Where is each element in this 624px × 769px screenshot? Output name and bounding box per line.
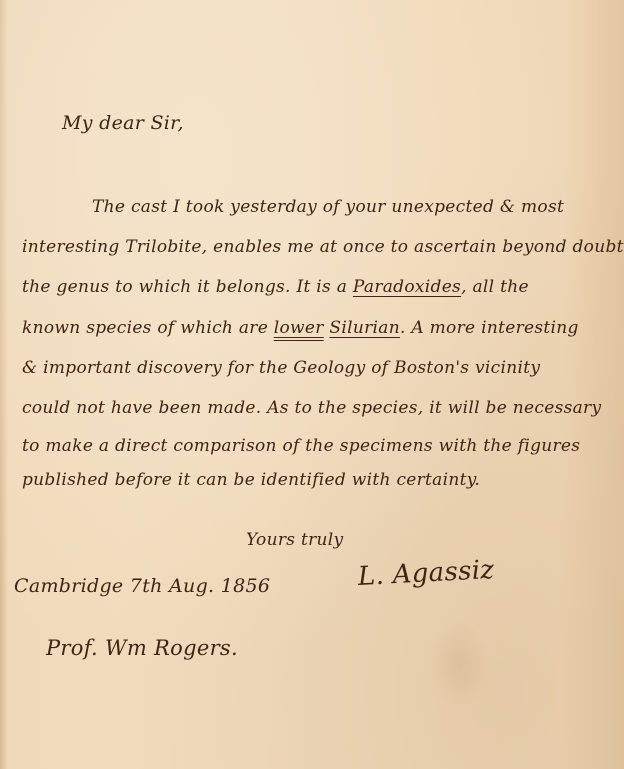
closing: Yours truly (246, 530, 343, 550)
paper-stain (430, 620, 490, 710)
place-date: Cambridge 7th Aug. 1856 (14, 575, 270, 597)
body-line-3: the genus to which it belongs. It is a P… (22, 277, 529, 297)
salutation: My dear Sir, (62, 112, 184, 134)
body-line-4-text: known species of which are (22, 318, 274, 338)
after-epoch-text: . A more interesting (400, 318, 579, 338)
signature: L. Agassiz (357, 555, 495, 592)
body-line-3-text: the genus to which it belongs. It is a (22, 277, 353, 297)
epoch-word-silurian: Silurian (329, 318, 400, 338)
body-line-8: published before it can be identified wi… (22, 470, 480, 490)
epoch-word-lower: lower (274, 318, 324, 338)
body-line-5: & important discovery for the Geology of… (22, 358, 540, 378)
body-line-6: could not have been made. As to the spec… (22, 398, 601, 418)
after-genus-text: , all the (461, 277, 529, 297)
addressee: Prof. Wm Rogers. (46, 636, 238, 660)
letter-page: My dear Sir, The cast I took yesterday o… (0, 0, 624, 769)
body-line-4: known species of which are lower Siluria… (22, 318, 579, 338)
body-line-7: to make a direct comparison of the speci… (22, 436, 580, 456)
body-line-2: interesting Trilobite, enables me at onc… (22, 237, 624, 257)
genus-underlined: Paradoxides (353, 277, 461, 297)
body-line-1: The cast I took yesterday of your unexpe… (92, 197, 564, 217)
